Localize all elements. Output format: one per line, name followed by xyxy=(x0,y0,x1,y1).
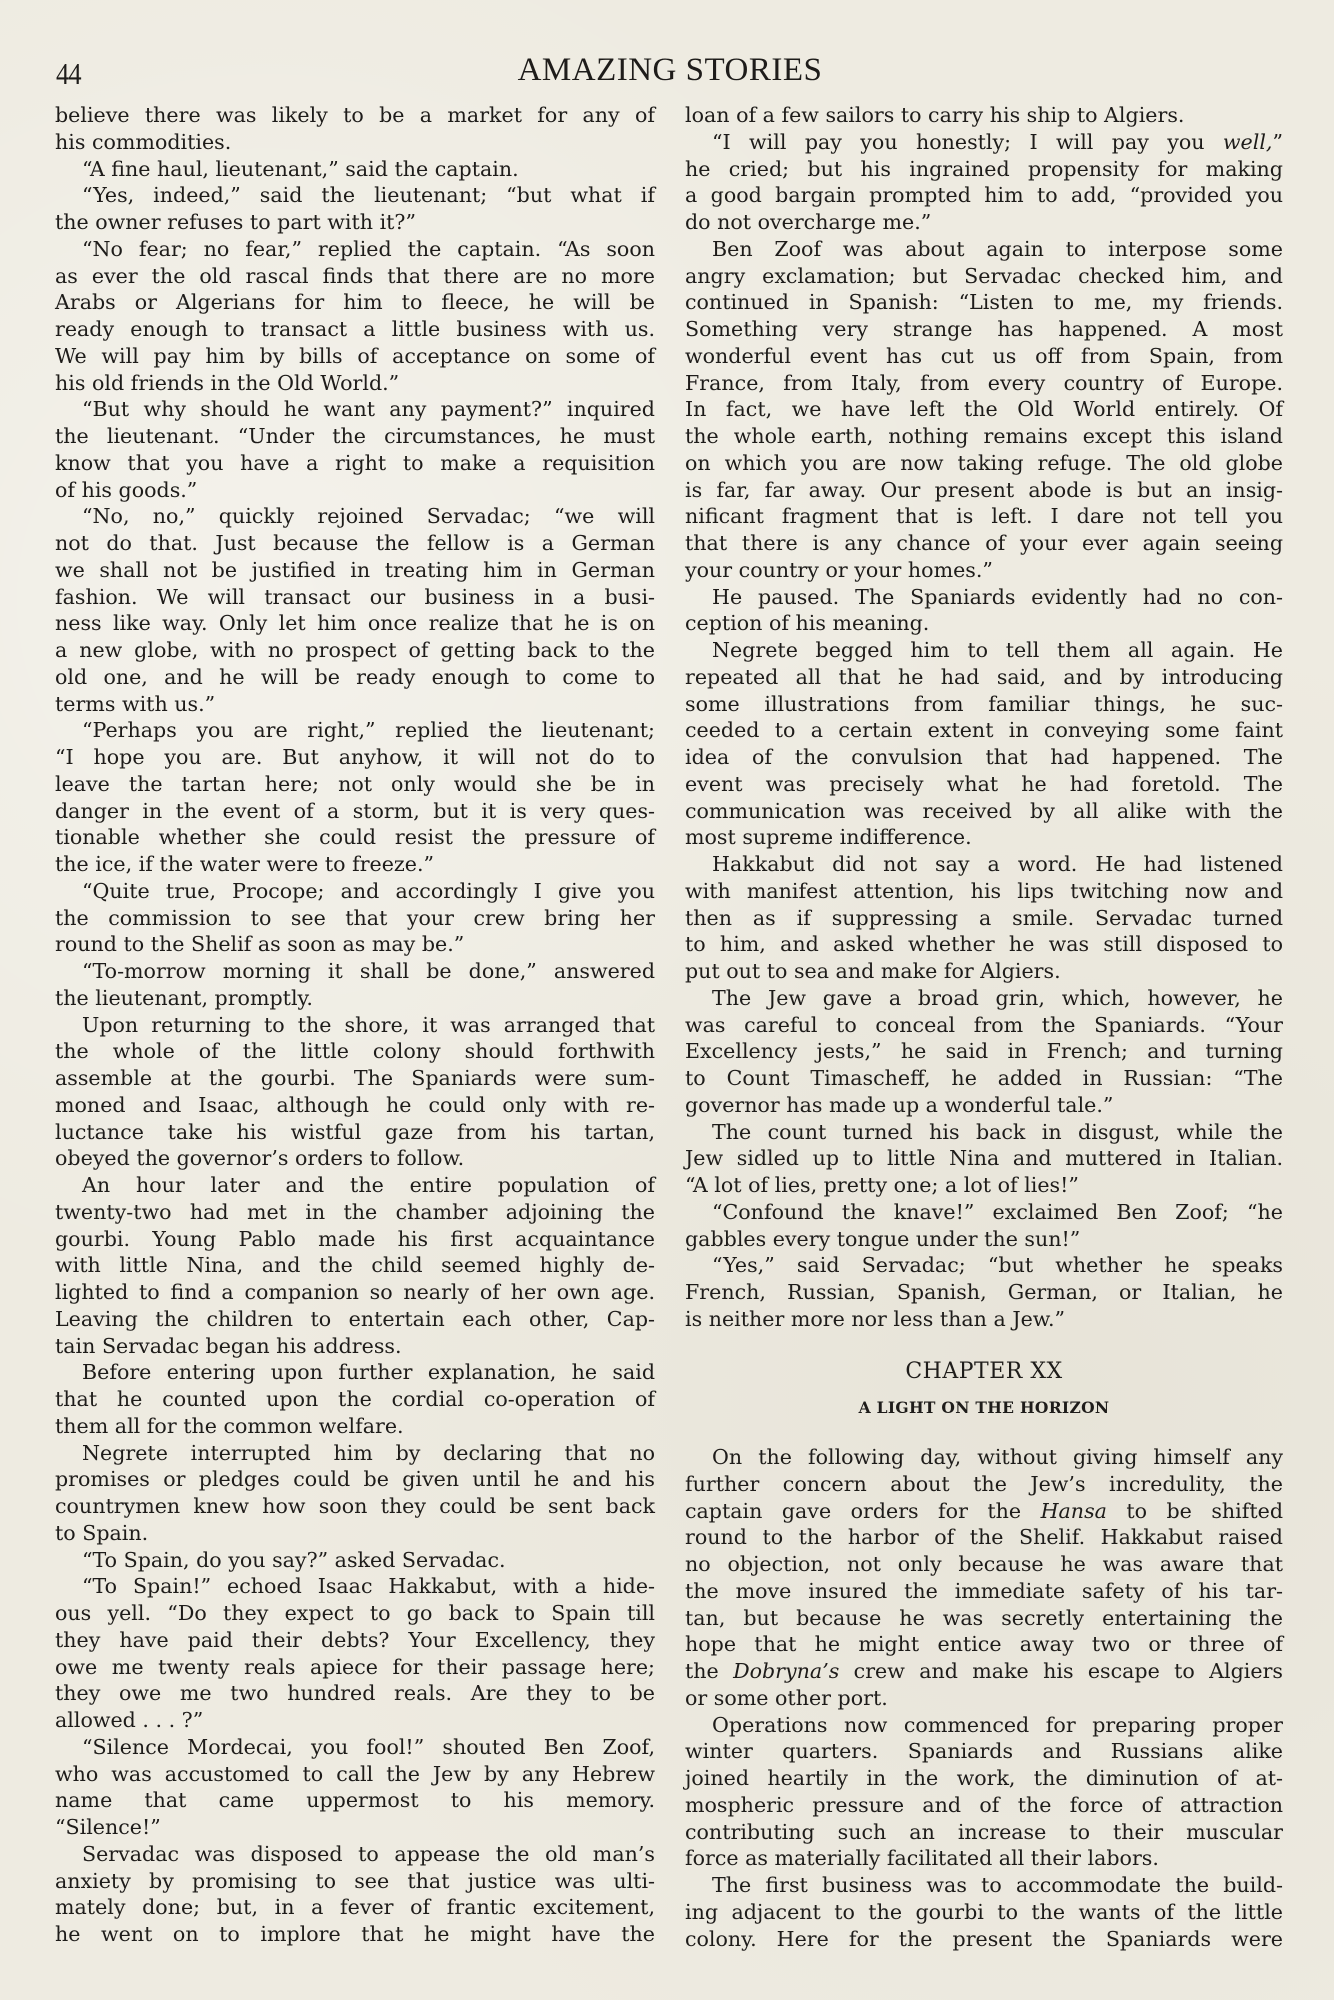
left-column: believe there was likely to be a market … xyxy=(55,102,655,1948)
text-line: “Silence!” xyxy=(55,1814,655,1841)
paragraph: Ben Zoof was about again to interpose so… xyxy=(685,236,1283,584)
paragraph: “Confound the knave!” exclaimed Ben Zoof… xyxy=(685,1199,1283,1253)
text-line: tan, but because he was secretly enterta… xyxy=(685,1605,1283,1632)
text-line: nificant fragment that is left. I dare n… xyxy=(685,503,1283,530)
text-line: believe there was likely to be a market … xyxy=(55,102,655,129)
text-line: “Yes,” said Servadac; “but whether he sp… xyxy=(685,1252,1283,1279)
text-line: “No, no,” quickly rejoined Servadac; “we… xyxy=(55,503,655,530)
text-line: winter quarters. Spaniards and Russians … xyxy=(685,1738,1283,1765)
text-line: gabbles every tongue under the sun!” xyxy=(685,1226,1283,1253)
text-line: no objection, not only because he was aw… xyxy=(685,1551,1283,1578)
text-line: Upon returning to the shore, it was arra… xyxy=(55,1012,655,1039)
text-line: Leaving the children to entertain each o… xyxy=(55,1306,655,1333)
text-line: In fact, we have left the Old World enti… xyxy=(685,396,1283,423)
text-line: tionable whether she could resist the pr… xyxy=(55,824,655,851)
text-line: communication was received by all alike … xyxy=(685,798,1283,825)
paragraph: Negrete interrupted him by declaring tha… xyxy=(55,1440,655,1547)
text-line: countrymen knew how soon they could be s… xyxy=(55,1493,655,1520)
text-line: is far, far away. Our present abode is b… xyxy=(685,477,1283,504)
paragraph: On the following day, without giving him… xyxy=(685,1444,1283,1712)
text-line: “Confound the knave!” exclaimed Ben Zoof… xyxy=(685,1199,1283,1226)
text-line: obeyed the governor’s orders to follow. xyxy=(55,1145,655,1172)
text-line: assemble at the gourbi. The Spaniards we… xyxy=(55,1065,655,1092)
text-line: your country or your homes.” xyxy=(685,557,1283,584)
text-line: a good bargain prompted him to add, “pro… xyxy=(685,182,1283,209)
paragraph: “To Spain!” echoed Isaac Hakkabut, with … xyxy=(55,1573,655,1734)
text-line: was careful to conceal from the Spaniard… xyxy=(685,1012,1283,1039)
text-line: “I hope you are. But anyhow, it will not… xyxy=(55,744,655,771)
text-line: “But why should he want any payment?” in… xyxy=(55,396,655,423)
text-line: continued in Spanish: “Listen to me, my … xyxy=(685,289,1283,316)
text-line: a new globe, with no prospect of getting… xyxy=(55,637,655,664)
text-line: the whole earth, nothing remains except … xyxy=(685,423,1283,450)
text-line: “A fine haul, lieutenant,” said the capt… xyxy=(55,156,655,183)
text-line: Something very strange has happened. A m… xyxy=(685,316,1283,343)
text-line: joined heartily in the work, the diminut… xyxy=(685,1765,1283,1792)
text-line: the ice, if the water were to freeze.” xyxy=(55,851,655,878)
text-line: He paused. The Spaniards evidently had n… xyxy=(685,584,1283,611)
paragraph: The count turned his back in disgust, wh… xyxy=(685,1119,1283,1199)
text-line: the whole of the little colony should fo… xyxy=(55,1038,655,1065)
text-line: round to the Shelif as soon as may be.” xyxy=(55,931,655,958)
text-line: Excellency jests,” he said in French; an… xyxy=(685,1038,1283,1065)
text-line: French, Russian, Spanish, German, or Ita… xyxy=(685,1279,1283,1306)
text-line: mospheric pressure and of the force of a… xyxy=(685,1792,1283,1819)
text-line: ous yell. “Do they expect to go back to … xyxy=(55,1600,655,1627)
text-line: luctance take his wistful gaze from his … xyxy=(55,1119,655,1146)
text-line: force as materially facilitated all thei… xyxy=(685,1845,1283,1872)
text-line: his commodities. xyxy=(55,129,655,156)
text-line: the move insured the immediate safety of… xyxy=(685,1578,1283,1605)
text-line: some illustrations from familiar things,… xyxy=(685,691,1283,718)
text-line: “Quite true, Procope; and accordingly I … xyxy=(55,878,655,905)
text-line: the owner refuses to part with it?” xyxy=(55,209,655,236)
text-line: tain Servadac began his address. xyxy=(55,1333,655,1360)
paragraph: “Silence Mordecai, you fool!” shouted Be… xyxy=(55,1734,655,1841)
text-line: “To Spain!” echoed Isaac Hakkabut, with … xyxy=(55,1573,655,1600)
right-column-pre-chapter: loan of a few sailors to carry his ship … xyxy=(685,102,1283,1333)
text-line: them all for the common welfare. xyxy=(55,1413,655,1440)
text-line: “I will pay you honestly; I will pay you… xyxy=(685,129,1283,156)
text-line: Servadac was disposed to appease the old… xyxy=(55,1841,655,1868)
text-line: to Spain. xyxy=(55,1520,655,1547)
text-line: know that you have a right to make a req… xyxy=(55,450,655,477)
text-line: Ben Zoof was about again to interpose so… xyxy=(685,236,1283,263)
paragraph: “Yes, indeed,” said the lieutenant; “but… xyxy=(55,182,655,236)
text-line: we shall not be justified in treating hi… xyxy=(55,557,655,584)
text-line: the commission to see that your crew bri… xyxy=(55,905,655,932)
text-line: the Dobryna’s crew and make his escape t… xyxy=(685,1658,1283,1685)
text-line: round to the harbor of the Shelif. Hakka… xyxy=(685,1524,1283,1551)
text-line: is neither more nor less than a Jew.” xyxy=(685,1306,1283,1333)
text-line: “A lot of lies, pretty one; a lot of lie… xyxy=(685,1172,1283,1199)
text-line: on which you are now taking refuge. The … xyxy=(685,450,1283,477)
paragraph: “To Spain, do you say?” asked Servadac. xyxy=(55,1547,655,1574)
text-line: as ever the old rascal finds that there … xyxy=(55,263,655,290)
page-header: 44 AMAZING STORIES xyxy=(56,50,1284,90)
text-line: name that came uppermost to his memory. xyxy=(55,1787,655,1814)
text-line: to Count Timascheff, he added in Russian… xyxy=(685,1065,1283,1092)
text-line: Jew sidled up to little Nina and muttere… xyxy=(685,1145,1283,1172)
text-line: Negrete interrupted him by declaring tha… xyxy=(55,1440,655,1467)
text-line: “No fear; no fear,” replied the captain.… xyxy=(55,236,655,263)
paragraph: “But why should he want any payment?” in… xyxy=(55,396,655,503)
text-line: On the following day, without giving him… xyxy=(685,1444,1283,1471)
chapter-subtitle: A LIGHT ON THE HORIZON xyxy=(685,1395,1283,1422)
text-line: owe me twenty reals apiece for their pas… xyxy=(55,1654,655,1681)
text-line: Negrete begged him to tell them all agai… xyxy=(685,637,1283,664)
text-line: that he counted upon the cordial co-oper… xyxy=(55,1386,655,1413)
text-line: promises or pledges could be given until… xyxy=(55,1466,655,1493)
text-line: colony. Here for the present the Spaniar… xyxy=(685,1926,1283,1953)
text-line: he cried; but his ingrained propensity f… xyxy=(685,156,1283,183)
text-line: idea of the convulsion that had happened… xyxy=(685,744,1283,771)
text-line: Arabs or Algerians for him to fleece, he… xyxy=(55,289,655,316)
paragraph: An hour later and the entire population … xyxy=(55,1172,655,1359)
paragraph: loan of a few sailors to carry his ship … xyxy=(685,102,1283,129)
paragraph: “No, no,” quickly rejoined Servadac; “we… xyxy=(55,503,655,717)
text-line: captain gave orders for the Hansa to be … xyxy=(685,1498,1283,1525)
text-line: with manifest attention, his lips twitch… xyxy=(685,878,1283,905)
text-line: of his goods.” xyxy=(55,477,655,504)
text-line: “To-morrow morning it shall be done,” an… xyxy=(55,958,655,985)
text-line: loan of a few sailors to carry his ship … xyxy=(685,102,1283,129)
paragraph: Servadac was disposed to appease the old… xyxy=(55,1841,655,1948)
paragraph: Hakkabut did not say a word. He had list… xyxy=(685,851,1283,985)
text-line: hope that he might entice away two or th… xyxy=(685,1631,1283,1658)
text-line: ready enough to transact a little busine… xyxy=(55,316,655,343)
text-line: Operations now commenced for preparing p… xyxy=(685,1712,1283,1739)
text-line: ing adjacent to the gourbi to the wants … xyxy=(685,1899,1283,1926)
text-line: who was accustomed to call the Jew by an… xyxy=(55,1761,655,1788)
text-line: ception of his meaning. xyxy=(685,610,1283,637)
text-line: “Silence Mordecai, you fool!” shouted Be… xyxy=(55,1734,655,1761)
text-line: The Jew gave a broad grin, which, howeve… xyxy=(685,985,1283,1012)
text-line: mately done; but, in a fever of frantic … xyxy=(55,1894,655,1921)
text-line: to him, and asked whether he was still d… xyxy=(685,931,1283,958)
text-line: do not overcharge me.” xyxy=(685,209,1283,236)
text-line: angry exclamation; but Servadac checked … xyxy=(685,263,1283,290)
paragraph: “I will pay you honestly; I will pay you… xyxy=(685,129,1283,236)
text-line: old one, and he will be ready enough to … xyxy=(55,664,655,691)
text-line: anxiety by promising to see that justice… xyxy=(55,1868,655,1895)
text-line: The first business was to accommodate th… xyxy=(685,1872,1283,1899)
paragraph: Upon returning to the shore, it was arra… xyxy=(55,1012,655,1173)
text-line: allowed . . . ?” xyxy=(55,1707,655,1734)
text-line: with little Nina, and the child seemed h… xyxy=(55,1252,655,1279)
text-line: fashion. We will transact our business i… xyxy=(55,584,655,611)
text-line: terms with us.” xyxy=(55,691,655,718)
text-line: “Perhaps you are right,” replied the lie… xyxy=(55,717,655,744)
text-line: “To Spain, do you say?” asked Servadac. xyxy=(55,1547,655,1574)
text-line: not do that. Just because the fellow is … xyxy=(55,530,655,557)
paragraph: Operations now commenced for preparing p… xyxy=(685,1712,1283,1873)
chapter-title: CHAPTER XX xyxy=(685,1359,1283,1386)
paragraph: He paused. The Spaniards evidently had n… xyxy=(685,584,1283,638)
text-line: Hakkabut did not say a word. He had list… xyxy=(685,851,1283,878)
paragraph: “A fine haul, lieutenant,” said the capt… xyxy=(55,156,655,183)
text-line: “Yes, indeed,” said the lieutenant; “but… xyxy=(55,182,655,209)
text-line: he went on to implore that he might have… xyxy=(55,1921,655,1948)
text-line: twenty-two had met in the chamber adjoin… xyxy=(55,1199,655,1226)
text-line: his old friends in the Old World.” xyxy=(55,370,655,397)
text-line: ness like way. Only let him once realize… xyxy=(55,610,655,637)
text-line: lighted to find a companion so nearly of… xyxy=(55,1279,655,1306)
text-line: event was precisely what he had foretold… xyxy=(685,771,1283,798)
text-line: An hour later and the entire population … xyxy=(55,1172,655,1199)
text-line: contributing such an increase to their m… xyxy=(685,1819,1283,1846)
text-line: governor has made up a wonderful tale.” xyxy=(685,1092,1283,1119)
text-line: then as if suppressing a smile. Servadac… xyxy=(685,905,1283,932)
running-title: AMAZING STORIES xyxy=(56,52,1284,89)
paragraph: Negrete begged him to tell them all agai… xyxy=(685,637,1283,851)
text-line: the lieutenant. “Under the circumstances… xyxy=(55,423,655,450)
paragraph: “Yes,” said Servadac; “but whether he sp… xyxy=(685,1252,1283,1332)
paragraph: “Quite true, Procope; and accordingly I … xyxy=(55,878,655,958)
paragraph: The Jew gave a broad grin, which, howeve… xyxy=(685,985,1283,1119)
right-column: loan of a few sailors to carry his ship … xyxy=(685,102,1283,1952)
text-line: further concern about the Jew’s incredul… xyxy=(685,1471,1283,1498)
text-line: they have paid their debts? Your Excelle… xyxy=(55,1627,655,1654)
paragraph: “To-morrow morning it shall be done,” an… xyxy=(55,958,655,1012)
text-line: We will pay him by bills of acceptance o… xyxy=(55,343,655,370)
text-line: put out to sea and make for Algiers. xyxy=(685,958,1283,985)
text-line: repeated all that he had said, and by in… xyxy=(685,664,1283,691)
text-line: leave the tartan here; not only would sh… xyxy=(55,771,655,798)
paragraph: “Perhaps you are right,” replied the lie… xyxy=(55,717,655,878)
text-line: wonderful event has cut us off from Spai… xyxy=(685,343,1283,370)
text-line: The count turned his back in disgust, wh… xyxy=(685,1119,1283,1146)
right-column-post-chapter: On the following day, without giving him… xyxy=(685,1444,1283,1952)
text-line: most supreme indifference. xyxy=(685,824,1283,851)
text-line: danger in the event of a storm, but it i… xyxy=(55,798,655,825)
text-line: Before entering upon further explanation… xyxy=(55,1359,655,1386)
text-line: they owe me two hundred reals. Are they … xyxy=(55,1680,655,1707)
text-line: ceeded to a certain extent in conveying … xyxy=(685,717,1283,744)
text-line: that there is any chance of your ever ag… xyxy=(685,530,1283,557)
text-line: moned and Isaac, although he could only … xyxy=(55,1092,655,1119)
paragraph: Before entering upon further explanation… xyxy=(55,1359,655,1439)
paragraph: “No fear; no fear,” replied the captain.… xyxy=(55,236,655,397)
text-line: gourbi. Young Pablo made his first acqua… xyxy=(55,1226,655,1253)
paragraph: The first business was to accommodate th… xyxy=(685,1872,1283,1952)
text-line: France, from Italy, from every country o… xyxy=(685,370,1283,397)
text-line: or some other port. xyxy=(685,1685,1283,1712)
text-line: the lieutenant, promptly. xyxy=(55,985,655,1012)
paragraph: believe there was likely to be a market … xyxy=(55,102,655,156)
